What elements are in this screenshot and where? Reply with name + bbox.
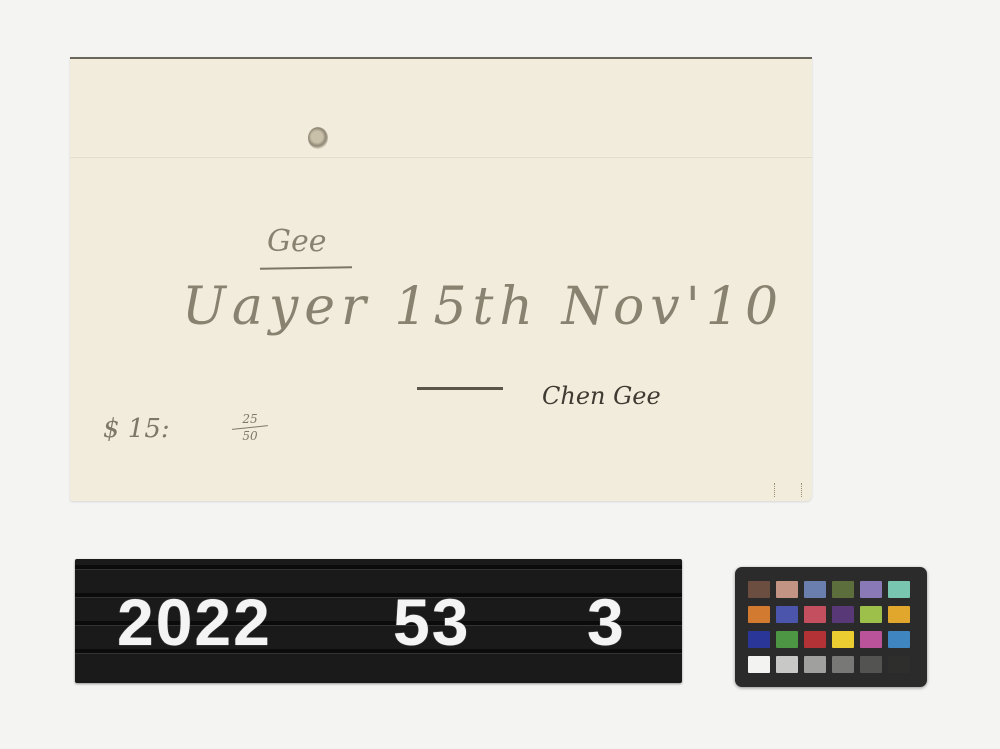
color-patch	[860, 631, 882, 648]
handwriting-gee: Gee	[267, 224, 326, 259]
envelope: Gee Uayer 15th Nov'10 Chen Gee $ 15: 25 …	[70, 57, 812, 501]
color-patch	[888, 656, 910, 673]
color-patch	[776, 606, 798, 623]
color-patch	[776, 656, 798, 673]
envelope-corner-marks	[774, 483, 802, 497]
color-patch	[804, 656, 826, 673]
color-patch	[776, 581, 798, 598]
handwriting-underline	[260, 266, 352, 270]
color-patch	[860, 656, 882, 673]
handwriting-date-line: Uayer 15th Nov'10	[182, 277, 784, 337]
handwriting-dash	[417, 387, 503, 390]
envelope-hole	[308, 127, 328, 149]
color-patch	[860, 606, 882, 623]
color-patch	[832, 631, 854, 648]
fraction-top: 25	[232, 413, 268, 425]
color-patch	[832, 581, 854, 598]
accession-year: 2022	[117, 589, 272, 655]
color-patch	[748, 606, 770, 623]
color-patch	[748, 581, 770, 598]
color-patch	[888, 581, 910, 598]
color-patch	[888, 606, 910, 623]
color-patch-grid	[748, 581, 910, 673]
fraction-bottom: 50	[232, 430, 268, 442]
accession-number-label: 2022 53 3	[75, 559, 682, 683]
color-patch	[860, 581, 882, 598]
handwriting-amount: $ 15:	[103, 414, 170, 444]
color-patch	[748, 656, 770, 673]
color-patch	[888, 631, 910, 648]
color-checker-card	[735, 567, 927, 687]
accession-lot: 53	[393, 589, 470, 655]
color-patch	[832, 656, 854, 673]
accession-item: 3	[587, 589, 626, 655]
color-patch	[748, 631, 770, 648]
color-patch	[804, 606, 826, 623]
color-patch	[832, 606, 854, 623]
envelope-flap-fold	[70, 156, 812, 158]
color-patch	[776, 631, 798, 648]
color-patch	[804, 631, 826, 648]
handwriting-amount-fraction: 25 50	[232, 413, 268, 442]
color-patch	[804, 581, 826, 598]
handwriting-signature: Chen Gee	[542, 382, 661, 410]
